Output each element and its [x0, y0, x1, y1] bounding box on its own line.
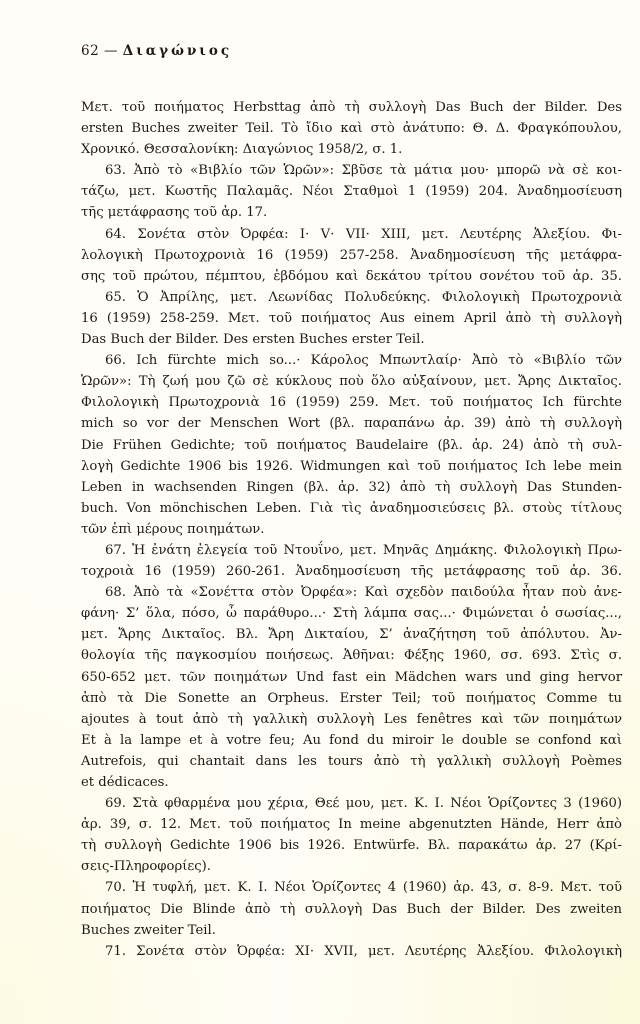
entry-first-line: 68. Ἀπὸ τὰ «Σονέττα στὸν Ὀρφέα»: Καὶ σχε… [81, 582, 622, 603]
text-line: buch. Von mönchischen Leben. Γιὰ τὶς ἀνα… [81, 498, 622, 519]
journal-title: Διαγώνιος [123, 43, 232, 59]
text-line: τὴ συλλογὴ Gedichte 1906 bis 1926. Entwü… [81, 835, 622, 856]
text-line: mich so vor der Menschen Wort (βλ. παραπ… [81, 413, 622, 434]
bibliography-text: Μετ. τοῦ ποιήματος Herbsttag ἀπὸ τὴ συλλ… [81, 97, 622, 962]
text-line: φάνη· Σ’ ὅλα, πόσο, ὦ παράθυρο...· Στὴ λ… [81, 603, 622, 624]
text-line: et dédicaces. [81, 772, 622, 793]
entry-first-line: 64. Σονέτα στὸν Ὀρφέα: I· V· VII· XIII, … [81, 224, 622, 245]
text-line: Die Frühen Gedichte; τοῦ ποιήματος Baude… [81, 435, 622, 456]
text-line: λολογικὴ Πρωτοχρονιὰ 16 (1959) 257-258. … [81, 245, 622, 266]
text-line: Et à la lampe et à votre feu; Au fond du… [81, 730, 622, 751]
entry-first-line: 66. Ich fürchte mich so...· Κάρολος Μπων… [81, 350, 622, 371]
text-line: ἀπὸ τὰ Die Sonette an Orpheus. Erster Te… [81, 688, 622, 709]
text-line: σης τοῦ πρώτου, πέμπτου, ἑβδόμου καὶ δεκ… [81, 266, 622, 287]
text-line: ajoutes à tout ἀπὸ τὴ γαλλικὴ συλλογὴ Le… [81, 709, 622, 730]
text-line: ἀρ. 39, σ. 12. Μετ. τοῦ ποιήματος In mei… [81, 814, 622, 835]
text-line: ποιήματος Die Blinde ἀπὸ τὴ συλλογὴ Das … [81, 899, 622, 920]
entry-first-line: 70. Ἡ τυφλή, μετ. Κ. Ι. Νέοι Ὁρίζοντες 4… [81, 877, 622, 898]
text-line: Φιλολογικὴ Πρωτοχρονιὰ 16 (1959) 259. Με… [81, 392, 622, 413]
entry-first-line: 69. Στὰ φθαρμένα μου χέρια, Θεέ μου, μετ… [81, 793, 622, 814]
text-line: Μετ. τοῦ ποιήματος Herbsttag ἀπὸ τὴ συλλ… [81, 97, 622, 118]
text-line: Χρονικό. Θεσσαλονίκη: Διαγώνιος 1958/2, … [81, 139, 622, 160]
text-line: σεις-Πληροφορίες). [81, 856, 622, 877]
text-line: 16 (1959) 258-259. Μετ. τοῦ ποιήματος Au… [81, 308, 622, 329]
text-line: λογὴ Gedichte 1906 bis 1926. Widmungen κ… [81, 456, 622, 477]
entry-first-line: 71. Σονέτα στὸν Ὀρφέα: XI· XVII, μετ. Λε… [81, 941, 622, 962]
page-number: 62 [81, 43, 99, 59]
text-line: Leben in wachsenden Ringen (βλ. ἀρ. 32) … [81, 477, 622, 498]
text-line: θολογία τῆς παγκοσμίου ποιήσεως. Ἀθῆναι:… [81, 645, 622, 666]
text-line: 650-652 μετ. τῶν ποιημάτων Und fast ein … [81, 667, 622, 688]
text-line: τάζω, μετ. Κωστῆς Παλαμᾶς. Νέοι Σταθμοὶ … [81, 181, 622, 202]
text-line: Ὡρῶν»: Τὴ ζωή μου ζῶ σὲ κύκλους ποὺ ὅλο … [81, 371, 622, 392]
text-line: τῶν ἐπὶ μέρους ποιημάτων. [81, 519, 622, 540]
entry-first-line: 67. Ἡ ἐνάτη ἐλεγεία τοῦ Ντουΐνο, μετ. Μη… [81, 540, 622, 561]
text-line: μετ. Ἄρης Δικταῖος. Βλ. Ἄρη Δικταίου, Σ’… [81, 624, 622, 645]
header-dash: — [104, 43, 118, 59]
book-page: 62 — Διαγώνιος Μετ. τοῦ ποιήματος Herbst… [0, 0, 640, 1024]
text-line: Buches zweiter Teil. [81, 920, 622, 941]
text-line: τῆς μετάφρασης τοῦ ἀρ. 17. [81, 202, 622, 223]
text-line: τοχροιὰ 16 (1959) 260-261. Ἀναδημοσίευση… [81, 561, 622, 582]
entry-first-line: 65. Ὁ Ἀπρίλης, μετ. Λεωνίδας Πολυδεύκης.… [81, 287, 622, 308]
running-head: 62 — Διαγώνιος [81, 43, 232, 59]
text-line: Das Buch der Bilder. Des ersten Buches e… [81, 329, 622, 350]
entry-first-line: 63. Ἀπὸ τὸ «Βιβλίο τῶν Ὡρῶν»: Σβῦσε τὰ μ… [81, 160, 622, 181]
text-line: Autrefois, qui chantait dans les tours ἀ… [81, 751, 622, 772]
text-line: ersten Buches zweiter Teil. Τὸ ἴδιο καὶ … [81, 118, 622, 139]
